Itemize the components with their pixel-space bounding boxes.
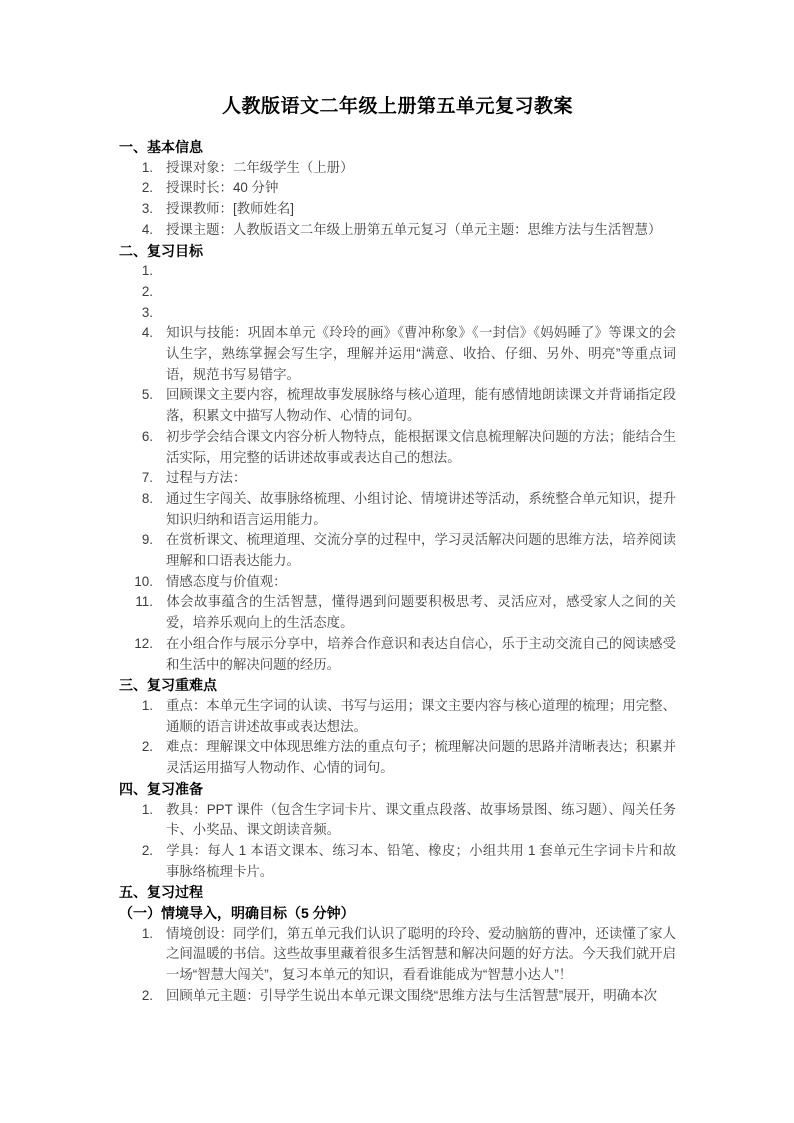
list-item: 授课时长：40 分钟: [119, 178, 676, 199]
numbered-list: 情境创设：同学们，第五单元我们认识了聪明的玲玲、爱动脑筋的曹冲，还读懂了家人之间…: [119, 924, 676, 1007]
list-item-text: 情境创设：同学们，第五单元我们认识了聪明的玲玲、爱动脑筋的曹冲，还读懂了家人之间…: [166, 926, 676, 982]
list-item: [119, 282, 676, 303]
list-item-text: 难点：理解课文中体现思维方法的重点句子；梳理解决问题的思路并清晰表达；积累并灵活…: [166, 739, 676, 775]
list-item-text: 知识与技能：巩固本单元《玲玲的画》《曹冲称象》《一封信》《妈妈睡了》等课文的会认…: [166, 325, 676, 381]
list-item: 初步学会结合课文内容分析人物特点，能根据课文信息梳理解决问题的方法；能结合生活实…: [119, 427, 676, 468]
list-item: 体会故事蕴含的生活智慧，懂得遇到问题要积极思考、灵活应对，感受家人之间的关爱，培…: [119, 592, 676, 633]
list-item: 重点：本单元生字词的认读、书写与运用；课文主要内容与核心道理的梳理；用完整、通顺…: [119, 696, 676, 737]
list-item: 通过生字闯关、故事脉络梳理、小组讨论、情境讲述等活动，系统整合单元知识，提升知识…: [119, 489, 676, 530]
numbered-list: 重点：本单元生字词的认读、书写与运用；课文主要内容与核心道理的梳理；用完整、通顺…: [119, 696, 676, 779]
list-item-text: 在赏析课文、梳理道理、交流分享的过程中，学习灵活解决问题的思维方法，培养阅读理解…: [166, 532, 676, 568]
list-item-text: 授课对象：二年级学生（上册）: [166, 160, 353, 175]
list-item: 情境创设：同学们，第五单元我们认识了聪明的玲玲、爱动脑筋的曹冲，还读懂了家人之间…: [119, 924, 676, 986]
section-basic-info: 一、基本信息 授课对象：二年级学生（上册） 授课时长：40 分钟 授课教师：[教…: [119, 137, 676, 241]
list-item-text: 通过生字闯关、故事脉络梳理、小组讨论、情境讲述等活动，系统整合单元知识，提升知识…: [166, 491, 676, 527]
list-item-text: 回顾单元主题：引导学生说出本单元课文围绕“思维方法与生活智慧”展开，明确本次: [166, 988, 657, 1003]
section-key-points: 三、复习重难点 重点：本单元生字词的认读、书写与运用；课文主要内容与核心道理的梳…: [119, 675, 676, 779]
numbered-list: 知识与技能：巩固本单元《玲玲的画》《曹冲称象》《一封信》《妈妈睡了》等课文的会认…: [119, 261, 676, 675]
numbered-list: 教具：PPT 课件（包含生字词卡片、课文重点段落、故事场景图、练习题）、闯关任务…: [119, 800, 676, 883]
list-item-text: 教具：PPT 课件（包含生字词卡片、课文重点段落、故事场景图、练习题）、闯关任务…: [166, 802, 676, 838]
section-heading: 五、复习过程: [119, 882, 676, 903]
list-item-text: 授课教师：[教师姓名]: [166, 201, 294, 216]
list-item: 知识与技能：巩固本单元《玲玲的画》《曹冲称象》《一封信》《妈妈睡了》等课文的会认…: [119, 323, 676, 385]
document-title: 人教版语文二年级上册第五单元复习教案: [119, 92, 676, 121]
list-item-text: 授课主题：人教版语文二年级上册第五单元复习（单元主题：思维方法与生活智慧）: [166, 222, 661, 237]
section-preparation: 四、复习准备 教具：PPT 课件（包含生字词卡片、课文重点段落、故事场景图、练习…: [119, 779, 676, 883]
list-item-text: 情感态度与价值观：: [166, 574, 287, 589]
list-item: 情感态度与价值观：: [119, 572, 676, 593]
list-item: [119, 303, 676, 324]
list-item-text: 授课时长：40 分钟: [166, 180, 278, 195]
subsection-heading: （一）情境导入，明确目标（5 分钟）: [119, 903, 676, 924]
list-item: 在赏析课文、梳理道理、交流分享的过程中，学习灵活解决问题的思维方法，培养阅读理解…: [119, 530, 676, 571]
list-item: 回顾单元主题：引导学生说出本单元课文围绕“思维方法与生活智慧”展开，明确本次: [119, 986, 676, 1007]
list-item: 回顾课文主要内容，梳理故事发展脉络与核心道理，能有感情地朗读课文并背诵指定段落，…: [119, 385, 676, 426]
section-heading: 一、基本信息: [119, 137, 676, 158]
list-item: 过程与方法：: [119, 468, 676, 489]
section-heading: 二、复习目标: [119, 241, 676, 262]
list-item-text: 在小组合作与展示分享中，培养合作意识和表达自信心，乐于主动交流自己的阅读感受和生…: [166, 636, 676, 672]
section-review-process: 五、复习过程 （一）情境导入，明确目标（5 分钟） 情境创设：同学们，第五单元我…: [119, 882, 676, 1006]
list-item: [119, 261, 676, 282]
list-item-text: 过程与方法：: [166, 470, 246, 485]
list-item-text: 学具：每人 1 本语文课本、练习本、铅笔、橡皮；小组共用 1 套单元生字词卡片和…: [166, 843, 676, 879]
list-item: 教具：PPT 课件（包含生字词卡片、课文重点段落、故事场景图、练习题）、闯关任务…: [119, 800, 676, 841]
list-item: 授课教师：[教师姓名]: [119, 199, 676, 220]
list-item: 学具：每人 1 本语文课本、练习本、铅笔、橡皮；小组共用 1 套单元生字词卡片和…: [119, 841, 676, 882]
list-item: 授课对象：二年级学生（上册）: [119, 158, 676, 179]
numbered-list: 授课对象：二年级学生（上册） 授课时长：40 分钟 授课教师：[教师姓名] 授课…: [119, 158, 676, 241]
list-item-text: 重点：本单元生字词的认读、书写与运用；课文主要内容与核心道理的梳理；用完整、通顺…: [166, 698, 676, 734]
list-item-text: 初步学会结合课文内容分析人物特点，能根据课文信息梳理解决问题的方法；能结合生活实…: [166, 429, 676, 465]
list-item: 授课主题：人教版语文二年级上册第五单元复习（单元主题：思维方法与生活智慧）: [119, 220, 676, 241]
list-item-text: 回顾课文主要内容，梳理故事发展脉络与核心道理，能有感情地朗读课文并背诵指定段落，…: [166, 387, 676, 423]
section-review-goals: 二、复习目标 知识与技能：巩固本单元《玲玲的画》《曹冲称象》《一封信》《妈妈睡了…: [119, 241, 676, 676]
list-item-text: 体会故事蕴含的生活智慧，懂得遇到问题要积极思考、灵活应对，感受家人之间的关爱，培…: [166, 594, 676, 630]
section-heading: 三、复习重难点: [119, 675, 676, 696]
list-item: 难点：理解课文中体现思维方法的重点句子；梳理解决问题的思路并清晰表达；积累并灵活…: [119, 737, 676, 778]
section-heading: 四、复习准备: [119, 779, 676, 800]
list-item: 在小组合作与展示分享中，培养合作意识和表达自信心，乐于主动交流自己的阅读感受和生…: [119, 634, 676, 675]
document-page: 人教版语文二年级上册第五单元复习教案 一、基本信息 授课对象：二年级学生（上册）…: [0, 0, 794, 1123]
